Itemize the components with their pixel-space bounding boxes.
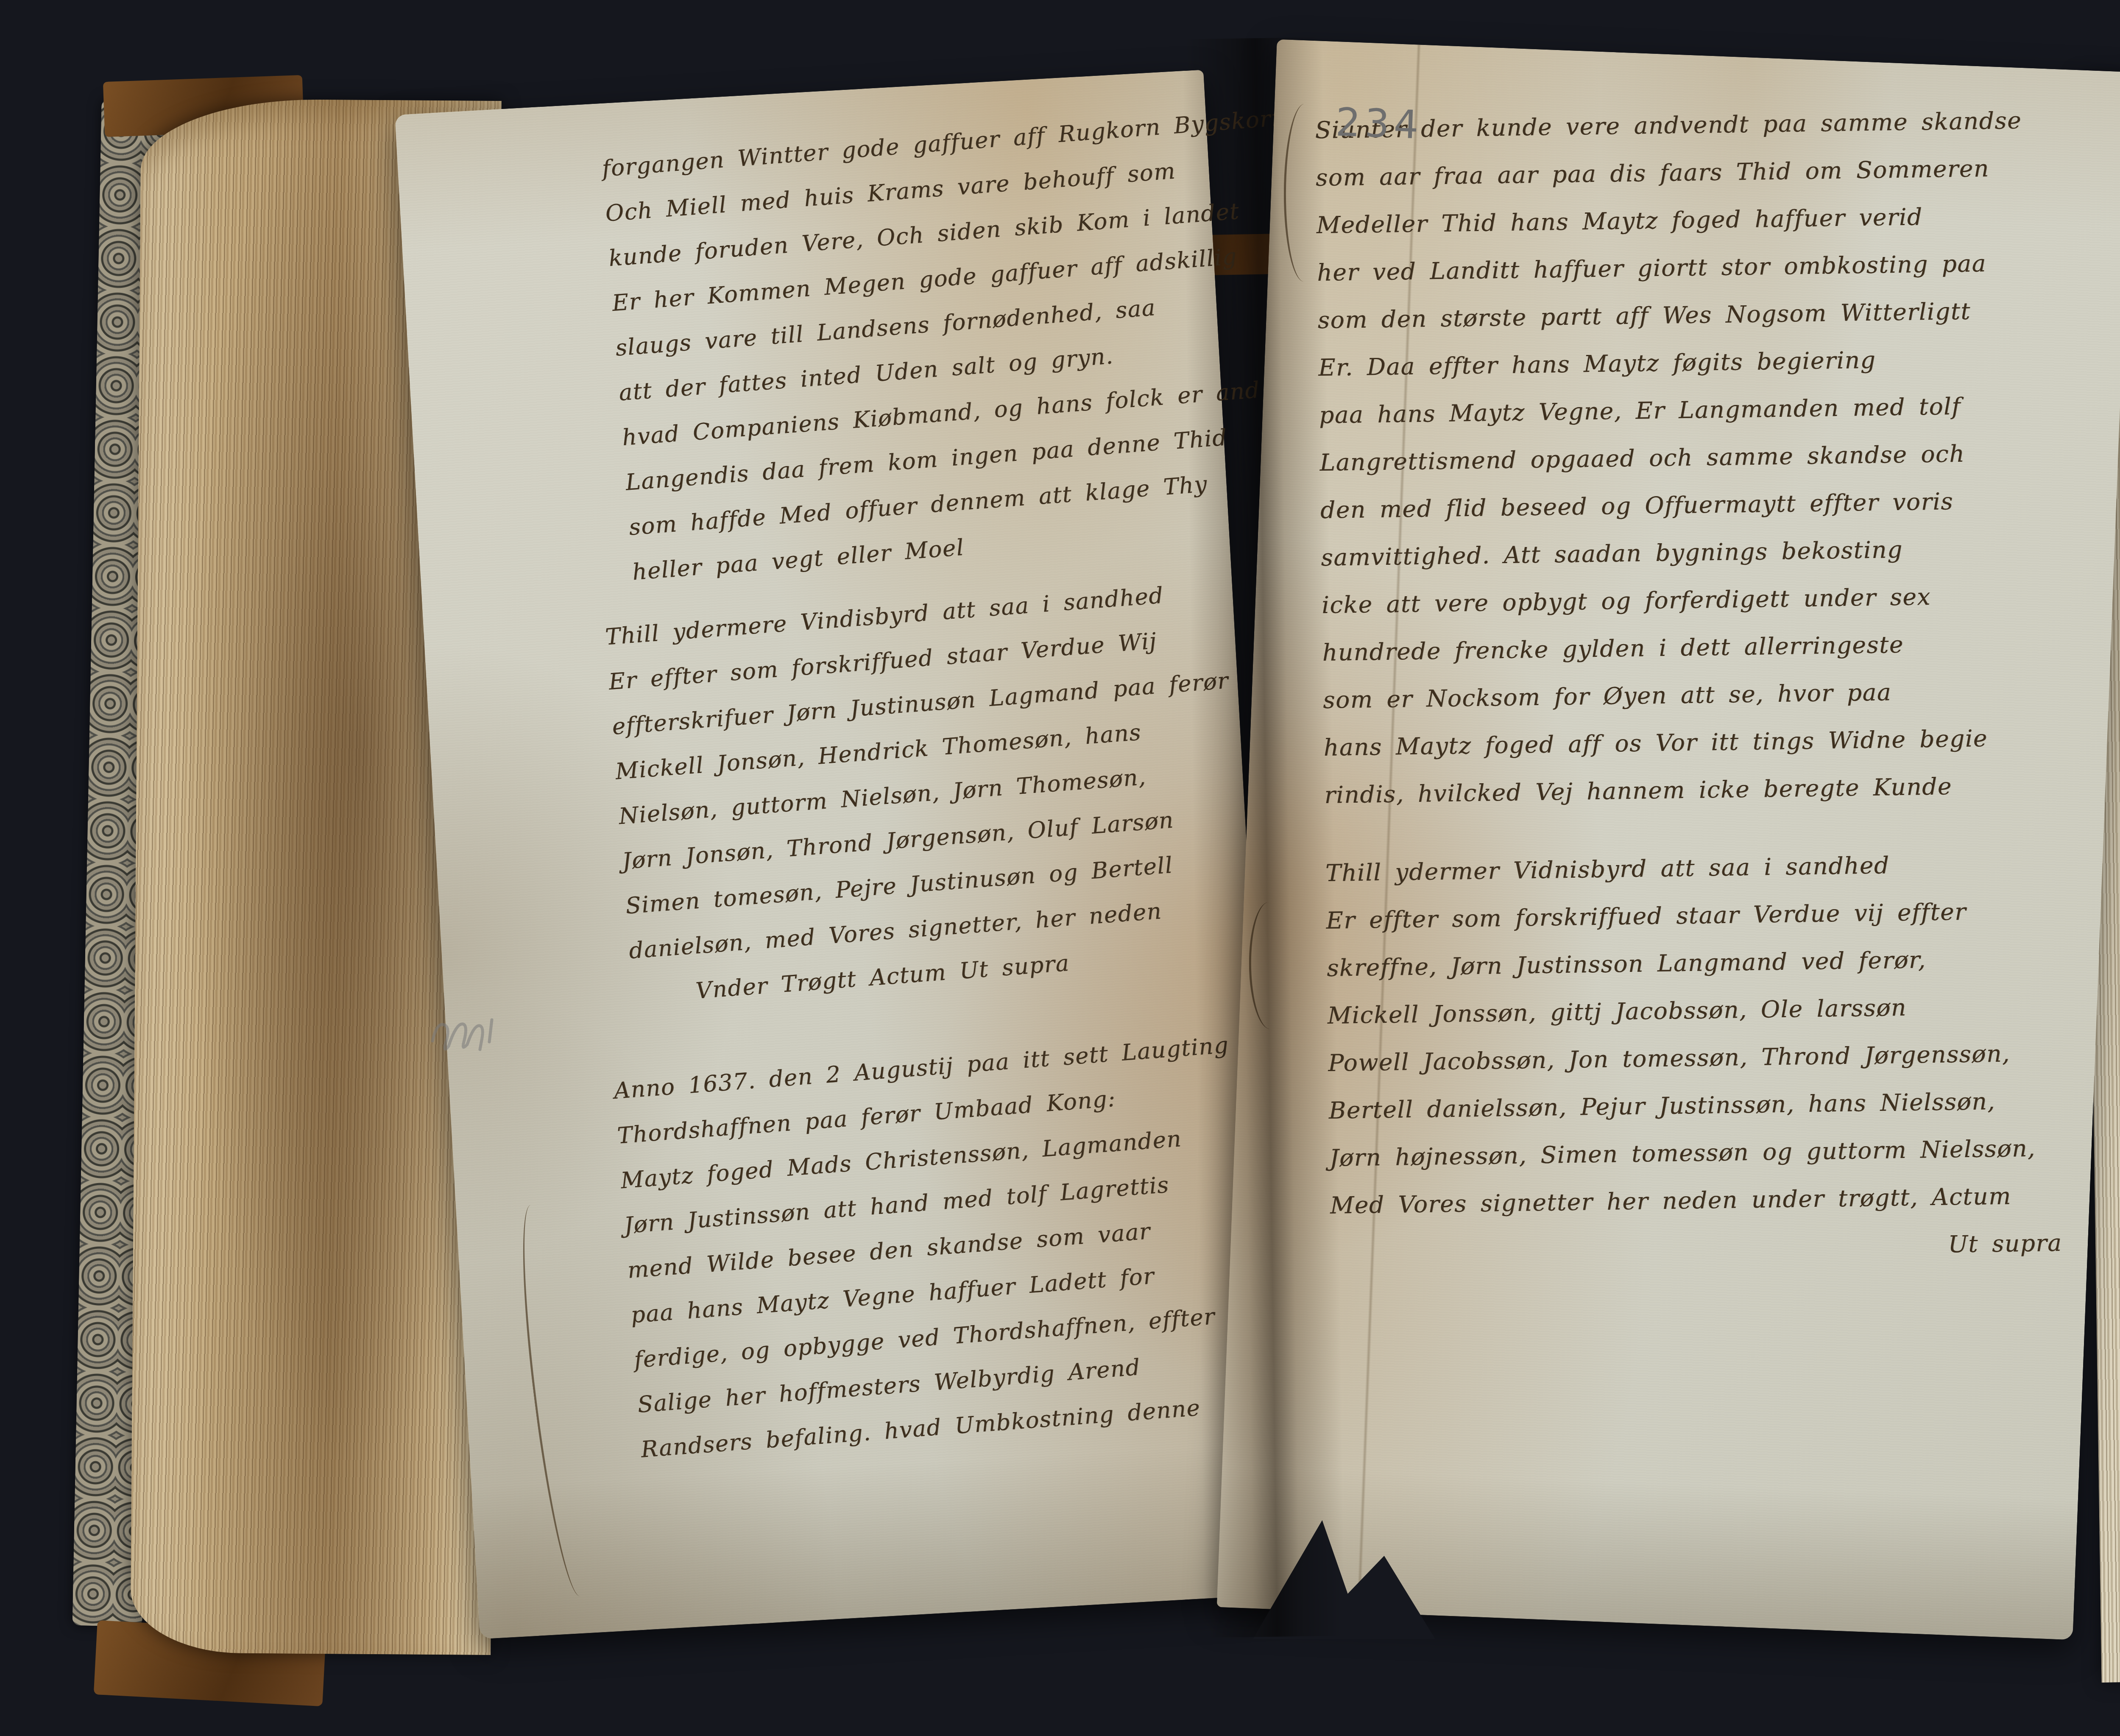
- right-paragraph-2: Thill ydermer Vidnisbyrd att saa i sandh…: [1325, 838, 2120, 1229]
- right-paragraph-1: Siunter der kunde vere andvendt paa samm…: [1315, 95, 2120, 819]
- margin-bracket-stroke: [1283, 103, 1305, 282]
- photo-background: forgangen Wintter gode gaffuer aff Rugko…: [0, 0, 2120, 1736]
- left-page-text: forgangen Wintter gode gaffuer aff Rugko…: [537, 103, 1287, 1473]
- margin-bracket-stroke: [510, 1205, 581, 1599]
- left-page: forgangen Wintter gode gaffuer aff Rugko…: [395, 70, 1289, 1639]
- right-page-text: Siunter der kunde vere andvendt paa samm…: [1315, 95, 2120, 1277]
- margin-bracket-stroke: [1248, 902, 1272, 1030]
- left-paragraph-1: forgangen Wintter gode gaffuer aff Rugko…: [600, 103, 1222, 595]
- left-paragraph-anno-1637: Anno 1637. den 2 Augustij paa itt sett L…: [612, 1021, 1287, 1473]
- left-paragraph-2: Thill ydermere Vindisbyrd att saa i sand…: [604, 569, 1253, 1019]
- pencil-scribble-icon: [424, 1001, 505, 1064]
- folio-number-pencil: 234: [1335, 99, 1423, 148]
- right-page: Siunter der kunde vere andvendt paa samm…: [1217, 39, 2120, 1640]
